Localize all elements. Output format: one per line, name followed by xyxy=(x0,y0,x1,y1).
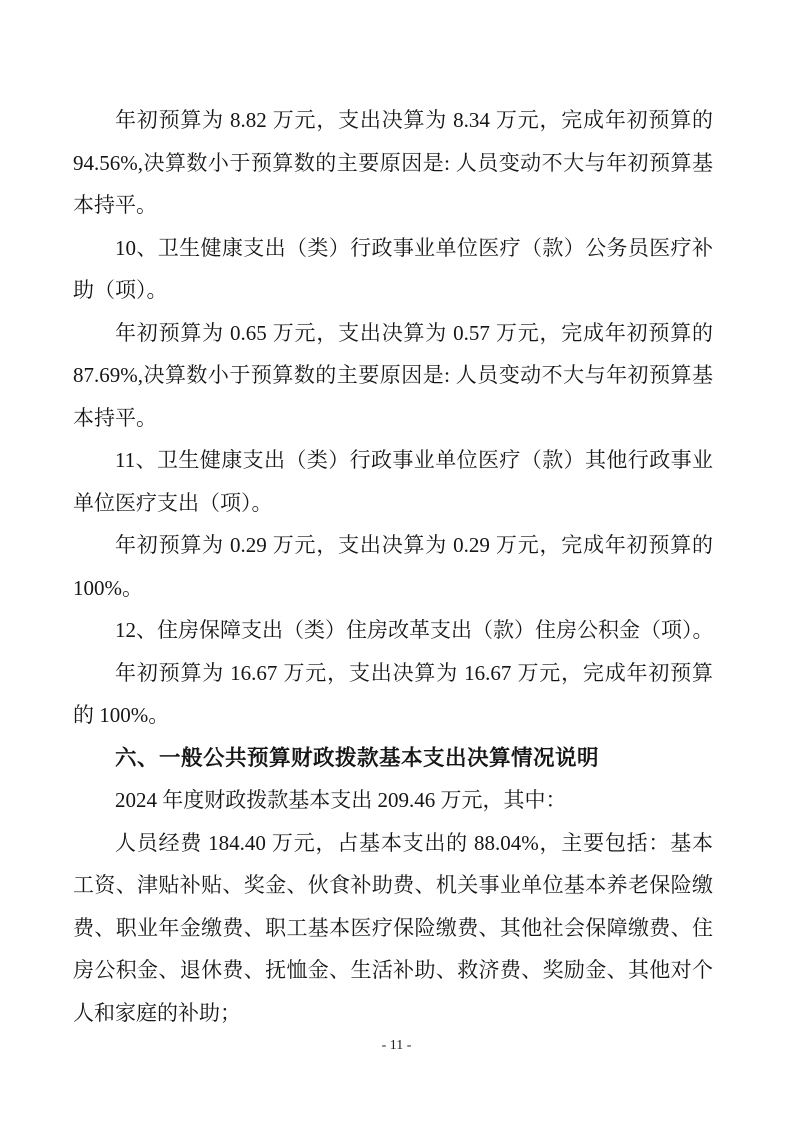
text-line: 本持平。 xyxy=(73,184,713,227)
text-line: 年初预算为 0.29 万元，支出决算为 0.29 万元，完成年初预算的 xyxy=(73,524,713,567)
text-line: 助（项）。 xyxy=(73,269,713,312)
text-line: 本持平。 xyxy=(73,397,713,440)
text-line: 94.56%,决算数小于预算数的主要原因是: 人员变动不大与年初预算基 xyxy=(73,142,713,185)
text-line: 11、卫生健康支出（类）行政事业单位医疗（款）其他行政事业 xyxy=(73,439,713,482)
text-line: 100%。 xyxy=(73,567,713,610)
text-line: 六、一般公共预算财政拨款基本支出决算情况说明 xyxy=(73,737,713,780)
text-line: 2024 年度财政拨款基本支出 209.46 万元，其中： xyxy=(73,779,713,822)
text-line: 工资、津贴补贴、奖金、伙食补助费、机关事业单位基本养老保险缴 xyxy=(73,864,713,907)
text-line: 年初预算为 16.67 万元，支出决算为 16.67 万元，完成年初预算 xyxy=(73,652,713,695)
text-line: 费、职业年金缴费、职工基本医疗保险缴费、其他社会保障缴费、住 xyxy=(73,907,713,950)
document-body: 年初预算为 8.82 万元，支出决算为 8.34 万元，完成年初预算的94.56… xyxy=(73,99,713,1034)
text-line: 12、住房保障支出（类）住房改革支出（款）住房公积金（项）。 xyxy=(73,609,713,652)
text-line: 的 100%。 xyxy=(73,694,713,737)
text-line: 单位医疗支出（项）。 xyxy=(73,482,713,525)
text-line: 年初预算为 8.82 万元，支出决算为 8.34 万元，完成年初预算的 xyxy=(73,99,713,142)
text-line: 人员经费 184.40 万元，占基本支出的 88.04%，主要包括：基本 xyxy=(73,822,713,865)
text-line: 年初预算为 0.65 万元，支出决算为 0.57 万元，完成年初预算的 xyxy=(73,312,713,355)
text-line: 人和家庭的补助； xyxy=(73,992,713,1035)
text-line: 房公积金、退休费、抚恤金、生活补助、救济费、奖励金、其他对个 xyxy=(73,949,713,992)
text-line: 87.69%,决算数小于预算数的主要原因是: 人员变动不大与年初预算基 xyxy=(73,354,713,397)
text-line: 10、卫生健康支出（类）行政事业单位医疗（款）公务员医疗补 xyxy=(73,227,713,270)
page-number: - 11 - xyxy=(382,1038,412,1053)
document-page: 年初预算为 8.82 万元，支出决算为 8.34 万元，完成年初预算的94.56… xyxy=(0,0,793,1122)
page-footer: - 11 - xyxy=(0,1035,793,1057)
